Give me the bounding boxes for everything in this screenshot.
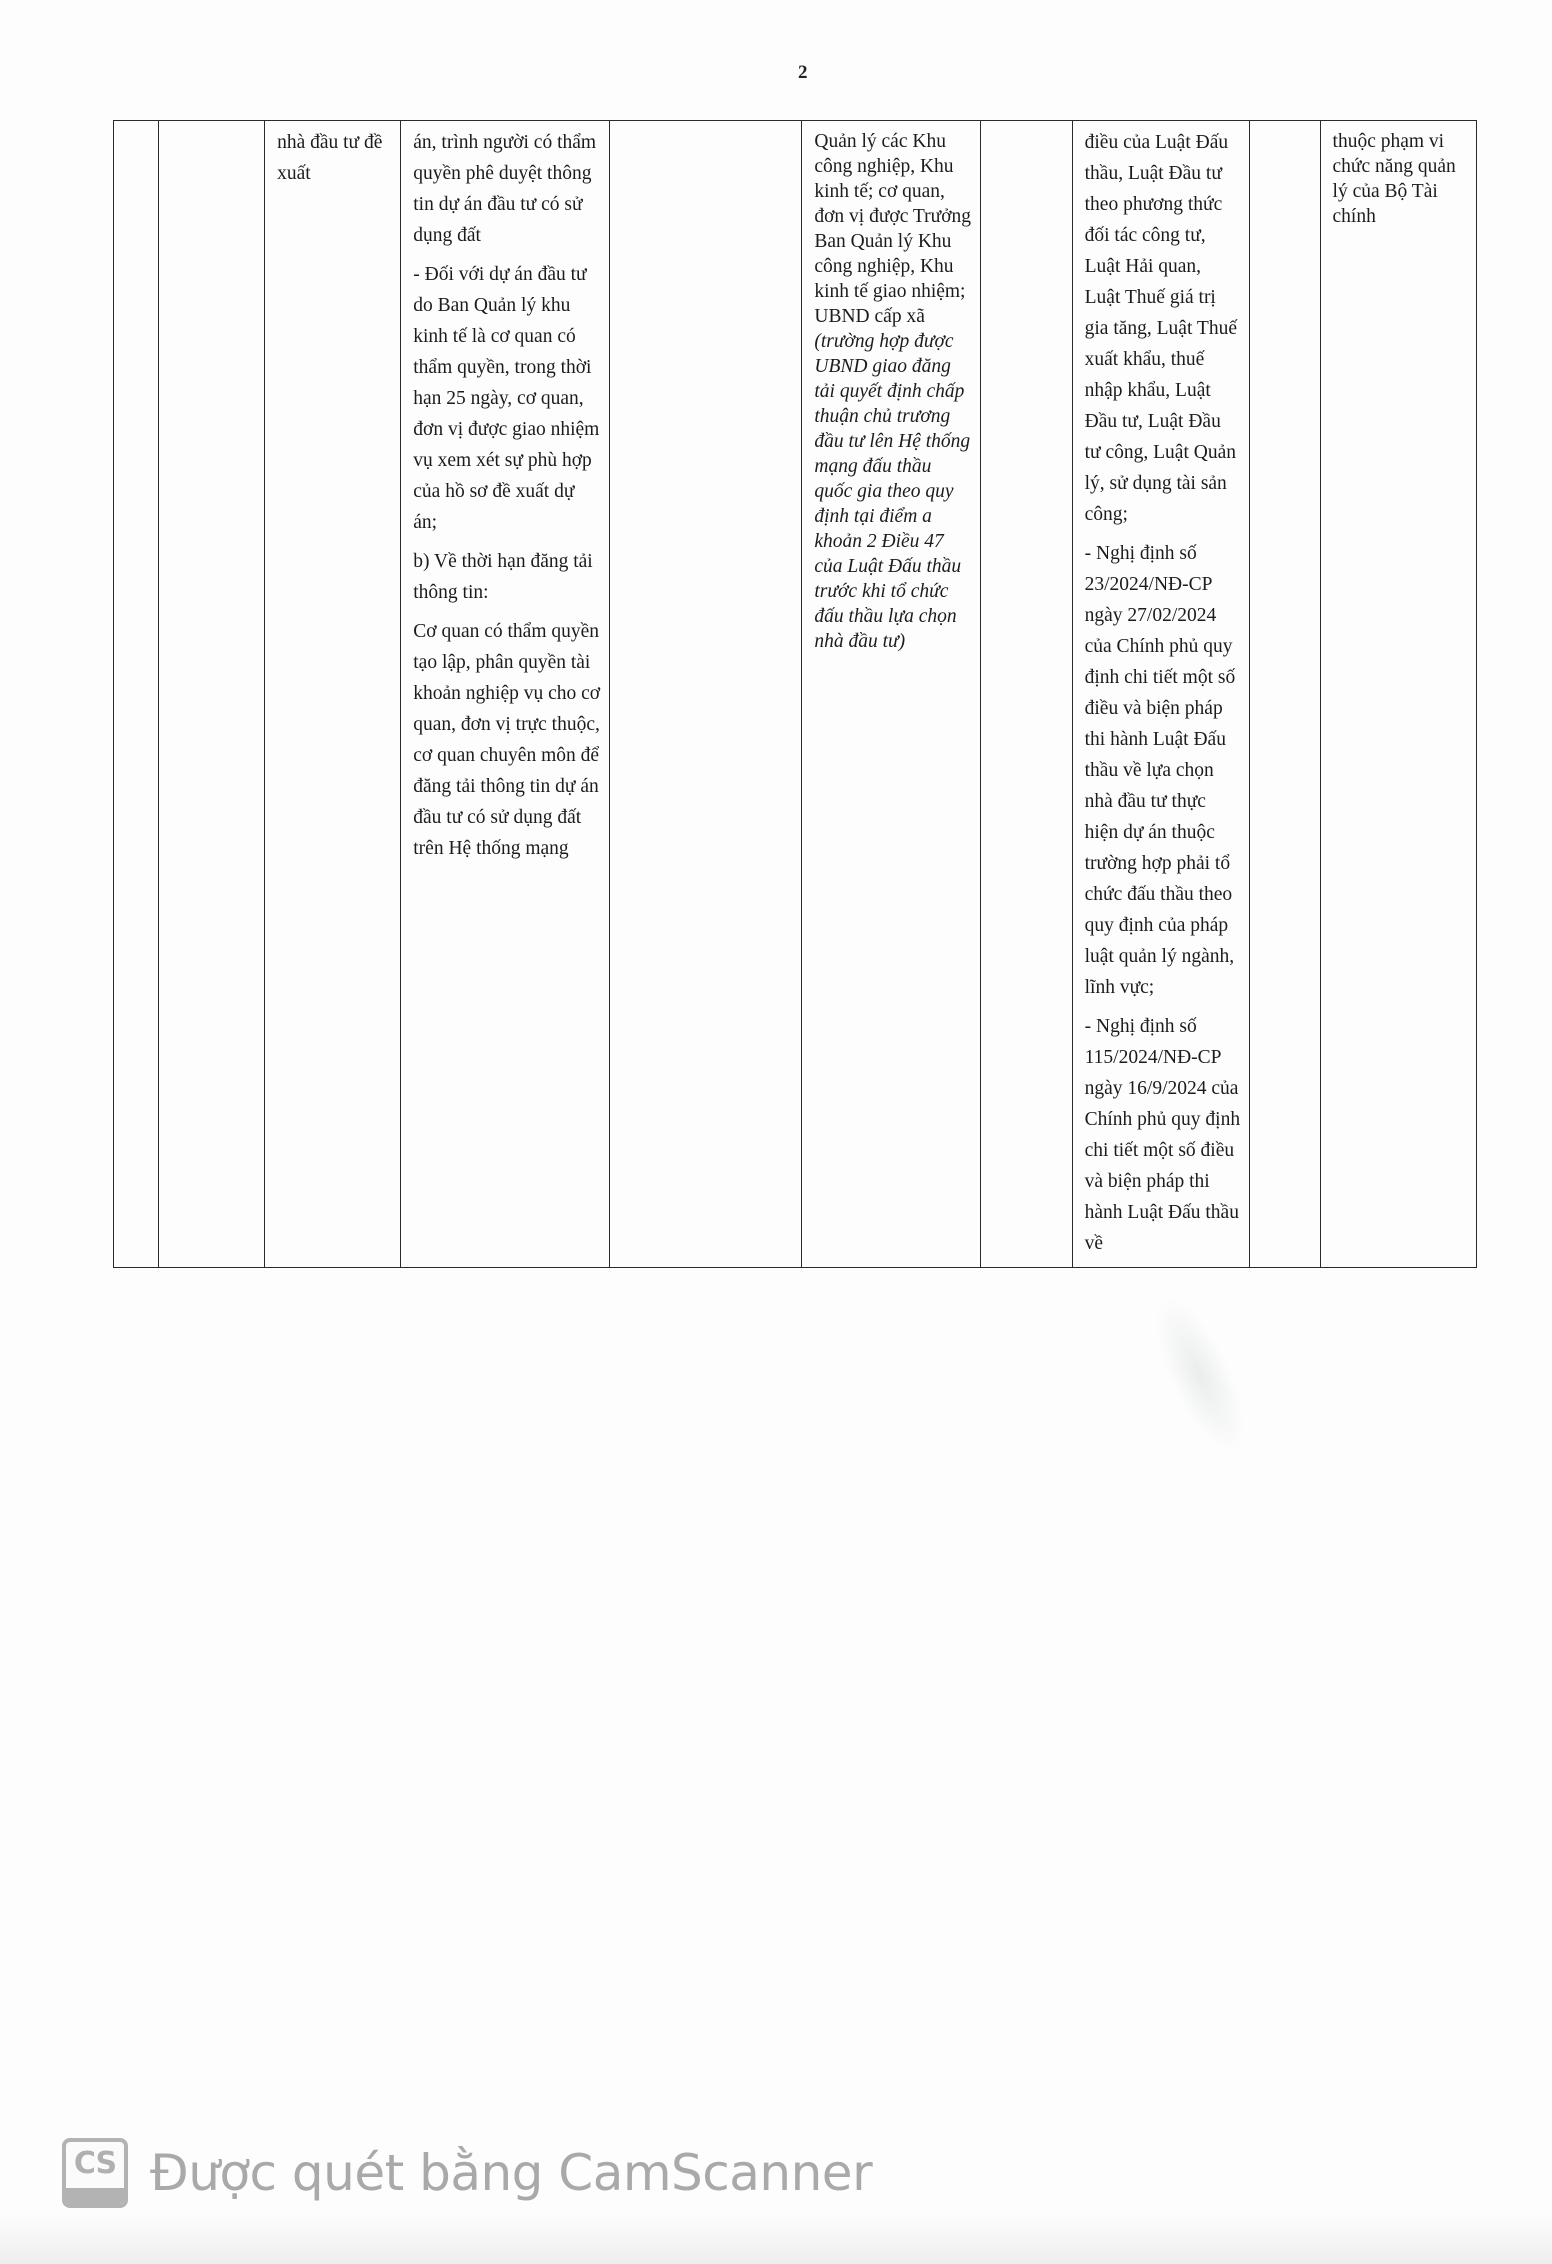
cell-procedure-name — [158, 121, 264, 1268]
content-paragraph: án, trình người có thẩm quyền phê duyệt … — [413, 127, 601, 251]
procedure-table: nhà đầu tư đề xuất án, trình người có th… — [113, 120, 1477, 1268]
camscanner-logo-text: CS — [66, 2146, 124, 2181]
cell-scope: thuộc phạm vi chức năng quản lý của Bộ T… — [1320, 121, 1476, 1268]
content-paragraph: Cơ quan có thẩm quyền tạo lập, phân quyề… — [413, 616, 601, 864]
scope-text: thuộc phạm vi chức năng quản lý của Bộ T… — [1333, 129, 1468, 229]
table-row: nhà đầu tư đề xuất án, trình người có th… — [114, 121, 1477, 1268]
content-paragraph: - Đối với dự án đầu tư do Ban Quản lý kh… — [413, 259, 601, 538]
camscanner-caption: Được quét bằng CamScanner — [150, 2144, 872, 2202]
subject-text: nhà đầu tư đề xuất — [277, 127, 392, 189]
cell-agency: Quản lý các Khu công nghiệp, Khu kinh tế… — [802, 121, 981, 1268]
legal-basis-paragraph: - Nghị định số 23/2024/NĐ-CP ngày 27/02/… — [1085, 538, 1242, 1003]
scan-edge-noise — [0, 2214, 1552, 2264]
cell-empty — [981, 121, 1073, 1268]
scan-smudge — [1137, 1285, 1263, 1464]
cell-index — [114, 121, 159, 1268]
camscanner-watermark: CS Được quét bằng CamScanner — [62, 2138, 872, 2208]
agency-text: Quản lý các Khu công nghiệp, Khu kinh tế… — [814, 131, 971, 327]
cell-content: án, trình người có thẩm quyền phê duyệt … — [401, 121, 610, 1268]
cell-empty — [1250, 121, 1320, 1268]
cell-empty — [609, 121, 802, 1268]
cell-legal-basis: điều của Luật Đấu thầu, Luật Đầu tư theo… — [1072, 121, 1250, 1268]
agency-note: (trường hợp được UBND giao đăng tải quyế… — [814, 331, 970, 652]
legal-basis-paragraph: điều của Luật Đấu thầu, Luật Đầu tư theo… — [1085, 127, 1242, 530]
cell-subject: nhà đầu tư đề xuất — [265, 121, 401, 1268]
camscanner-logo-icon: CS — [62, 2138, 128, 2208]
content-paragraph: b) Về thời hạn đăng tải thông tin: — [413, 546, 601, 608]
page-number: 2 — [798, 62, 808, 84]
legal-basis-paragraph: - Nghị định số 115/2024/NĐ-CP ngày 16/9/… — [1085, 1011, 1242, 1259]
